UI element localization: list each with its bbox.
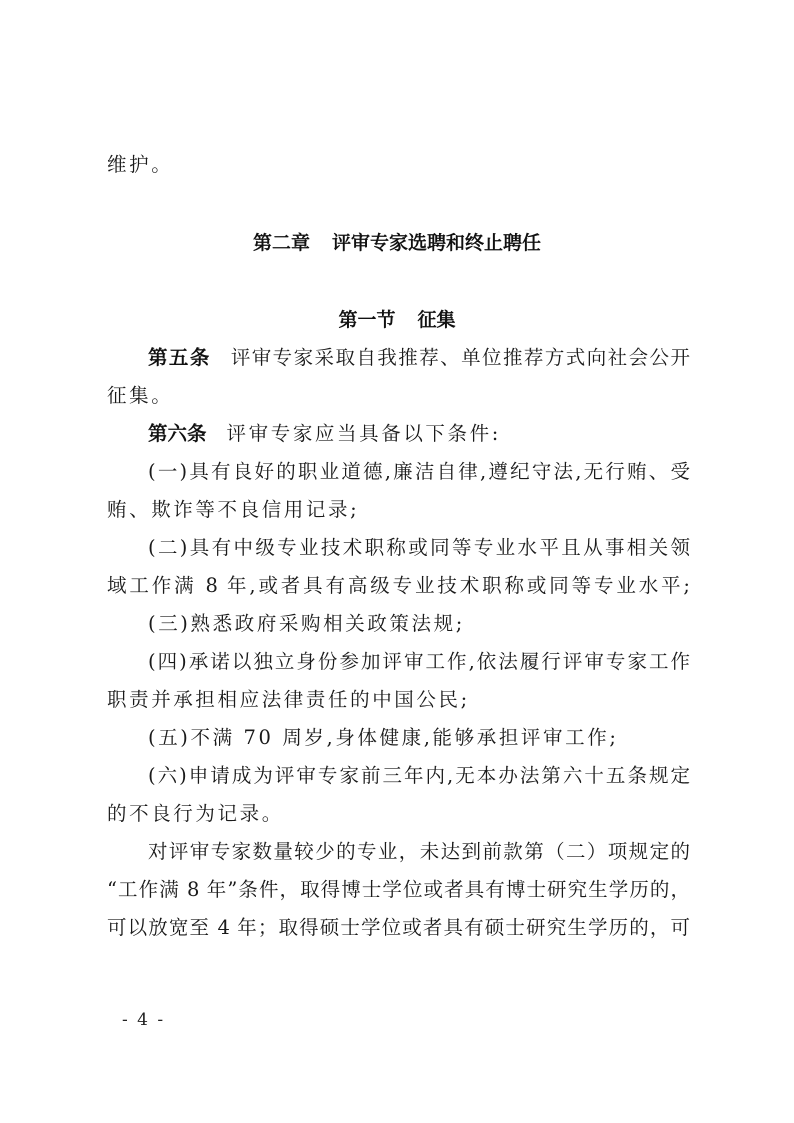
continuation-text: 维护。	[107, 150, 690, 180]
article-5-line-2: 征集。	[107, 381, 690, 411]
item-1-line-1: (一)具有良好的职业道德,廉洁自律,遵纪守法,无行贿、受	[148, 457, 690, 487]
paragraph-line-1: 对评审专家数量较少的专业，未达到前款第（二）项规定的	[148, 837, 690, 867]
item-3-line-1: (三)熟悉政府采购相关政策法规;	[148, 609, 690, 639]
item-5-line-1: (五)不满 70 周岁,身体健康,能够承担评审工作;	[148, 723, 690, 753]
article-6-label: 第六条	[148, 422, 207, 445]
section-heading: 第一节征集	[0, 305, 794, 335]
section-title: 征集	[418, 309, 456, 331]
paragraph-line-2: “工作满 8 年”条件，取得博士学位或者具有博士研究生学历的，	[107, 875, 690, 905]
article-5-label: 第五条	[148, 346, 211, 369]
item-2-line-1: (二)具有中级专业技术职称或同等专业水平且从事相关领	[148, 533, 690, 563]
item-6-line-1: (六)申请成为评审专家前三年内,无本办法第六十五条规定	[148, 761, 690, 791]
item-1-line-2: 贿、欺诈等不良信用记录;	[107, 495, 690, 525]
item-4-line-1: (四)承诺以独立身份参加评审工作,依法履行评审专家工作	[148, 647, 690, 677]
article-6-line-1: 第六条评审专家应当具备以下条件:	[148, 419, 690, 449]
chapter-heading: 第二章评审专家选聘和终止聘任	[0, 228, 794, 258]
document-page: 维护。 第二章评审专家选聘和终止聘任 第一节征集 第五条评审专家采取自我推荐、单…	[0, 0, 794, 1123]
section-number: 第一节	[338, 309, 395, 331]
chapter-title: 评审专家选聘和终止聘任	[332, 232, 541, 254]
paragraph-line-3: 可以放宽至 4 年；取得硕士学位或者具有硕士研究生学历的，可	[107, 913, 690, 943]
article-5-line-1: 第五条评审专家采取自我推荐、单位推荐方式向社会公开	[148, 343, 690, 373]
chapter-number: 第二章	[253, 232, 310, 254]
page-number: - 4 -	[122, 1010, 165, 1030]
item-6-line-2: 的不良行为记录。	[107, 799, 690, 829]
item-2-line-2: 域工作满 8 年,或者具有高级专业技术职称或同等专业水平;	[107, 571, 690, 601]
item-4-line-2: 职责并承担相应法律责任的中国公民;	[107, 685, 690, 715]
